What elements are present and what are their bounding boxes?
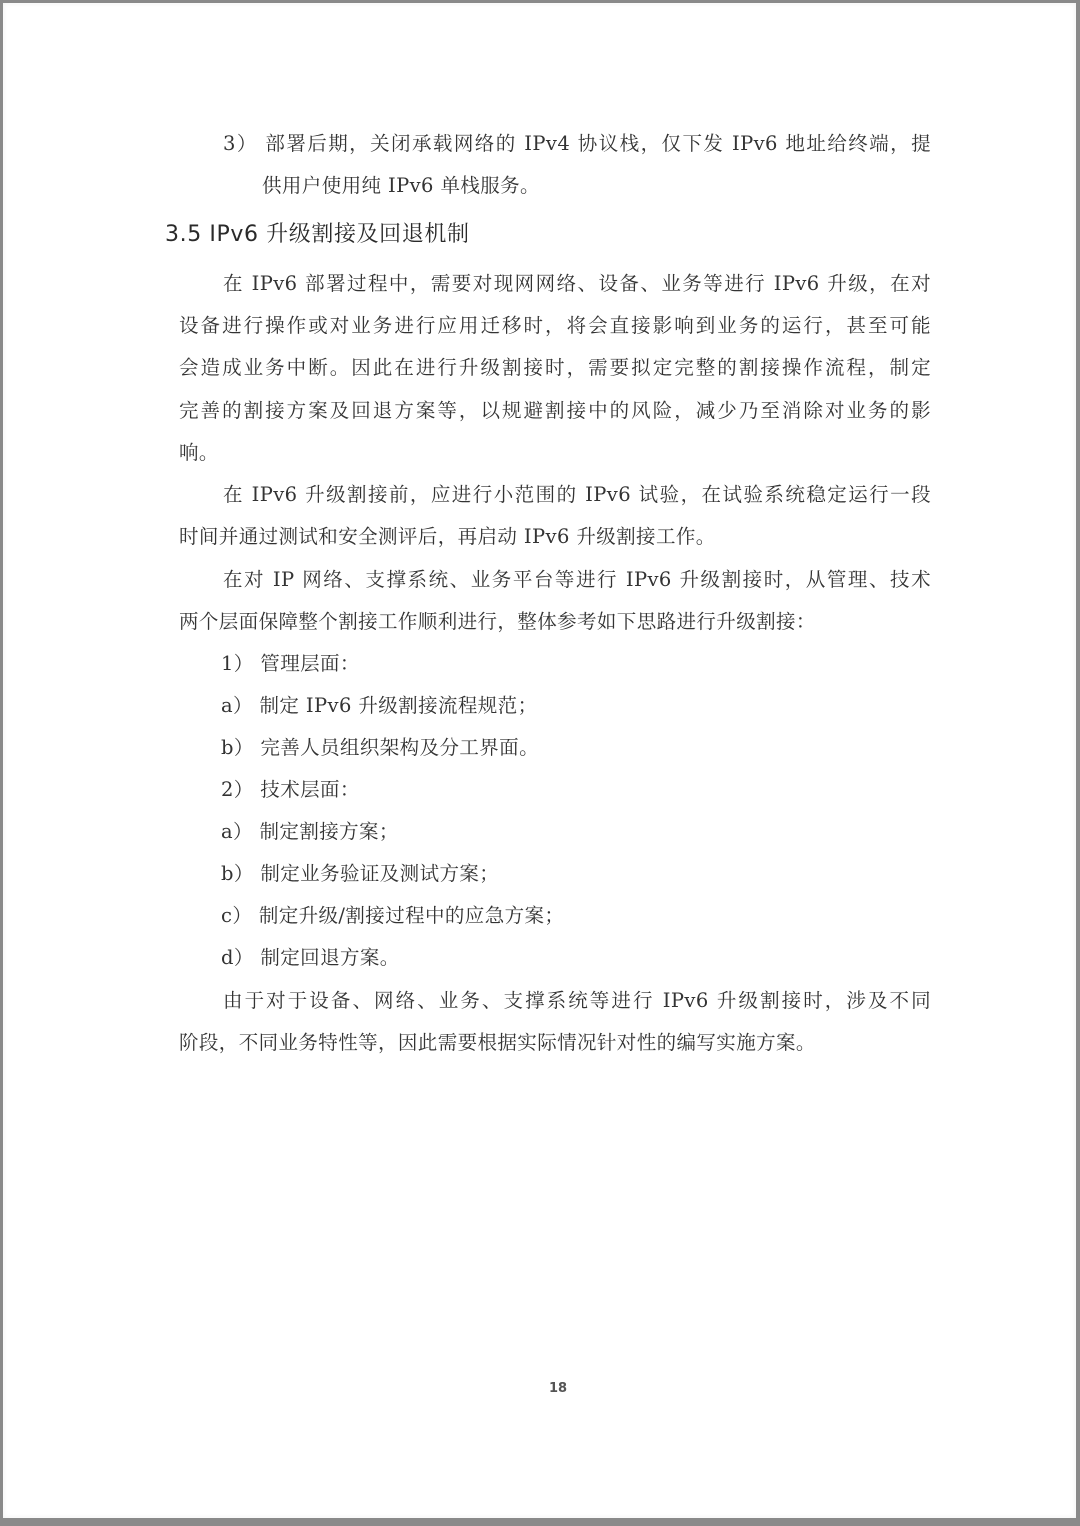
- list-item-mgmt-b: b） 完善人员组织架构及分工界面。: [221, 736, 539, 760]
- paragraph-1-line-4: 完善的割接方案及回退方案等，以规避割接中的风险，减少乃至消除对业务的影: [179, 399, 931, 423]
- paragraph-1-line-2: 设备进行操作或对业务进行应用迁移时，将会直接影响到业务的运行，甚至可能: [179, 314, 931, 338]
- paragraph-3-line-2: 两个层面保障整个割接工作顺利进行，整体参考如下思路进行升级割接：: [179, 610, 816, 634]
- list-item-tech-a: a） 制定割接方案；: [221, 820, 399, 844]
- list-item-mgmt-a: a） 制定 IPv6 升级割接流程规范；: [221, 694, 537, 718]
- list-item-tech-b: b） 制定业务验证及测试方案；: [221, 862, 499, 886]
- list-item-technical: 2） 技术层面：: [221, 778, 360, 802]
- paragraph-2-line-2: 时间并通过测试和安全测评后，再启动 IPv6 升级割接工作。: [179, 525, 716, 549]
- list-item-management: 1） 管理层面：: [221, 652, 360, 676]
- page-number: 18: [3, 1381, 1080, 1396]
- closing-line-2: 阶段，不同业务特性等，因此需要根据实际情况针对性的编写实施方案。: [179, 1031, 816, 1055]
- list-item-tech-c: c） 制定升级/割接过程中的应急方案；: [221, 904, 564, 928]
- intro-item-line-2: 供用户使用纯 IPv6 单栈服务。: [262, 174, 540, 198]
- section-heading: 3.5 IPv6 升级割接及回退机制: [165, 221, 470, 249]
- document-page: 3） 部署后期，关闭承载网络的 IPv4 协议栈，仅下发 IPv6 地址给终端，…: [3, 3, 1076, 1518]
- closing-line-1: 由于对于设备、网络、业务、支撑系统等进行 IPv6 升级割接时，涉及不同: [223, 989, 931, 1013]
- paragraph-1-line-1: 在 IPv6 部署过程中，需要对现网网络、设备、业务等进行 IPv6 升级，在对: [223, 272, 931, 296]
- paragraph-3-line-1: 在对 IP 网络、支撑系统、业务平台等进行 IPv6 升级割接时，从管理、技术: [223, 568, 931, 592]
- paragraph-1-line-5: 响。: [179, 441, 219, 465]
- paragraph-2-line-1: 在 IPv6 升级割接前，应进行小范围的 IPv6 试验，在试验系统稳定运行一段: [223, 483, 931, 507]
- list-item-tech-d: d） 制定回退方案。: [221, 946, 400, 970]
- paragraph-1-line-3: 会造成业务中断。因此在进行升级割接时，需要拟定完整的割接操作流程，制定: [179, 356, 931, 380]
- intro-item-line-1: 3） 部署后期，关闭承载网络的 IPv4 协议栈，仅下发 IPv6 地址给终端，…: [223, 132, 931, 156]
